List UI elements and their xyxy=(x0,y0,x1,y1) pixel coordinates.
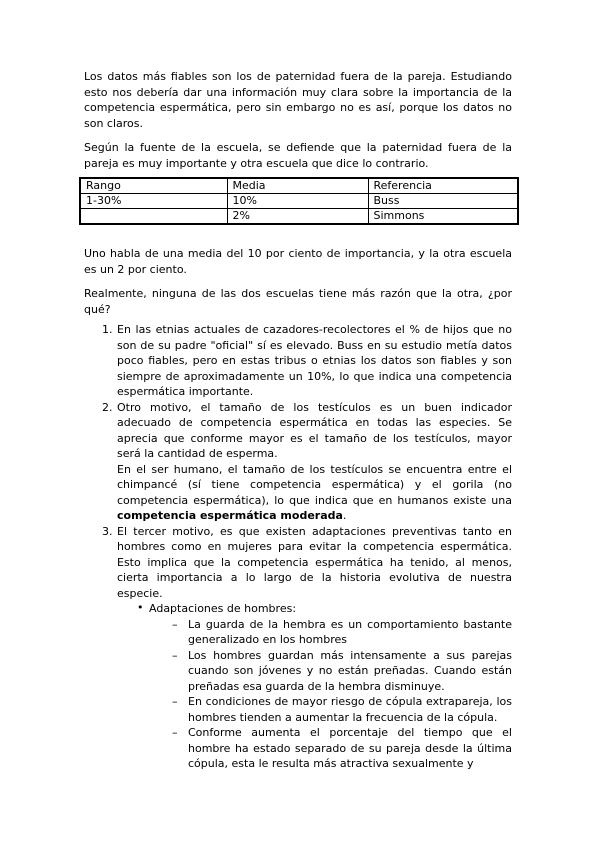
dash-item-1: – La guarda de la hembra es un comportam… xyxy=(84,617,512,648)
table-row: 1-30% 10% Buss xyxy=(80,194,518,209)
dash-icon: – xyxy=(172,694,178,710)
numbered-item-text: Otro motivo, el tamaño de los testículos… xyxy=(117,400,512,524)
numbered-item-text: En las etnias actuales de cazadores-reco… xyxy=(117,322,512,400)
dash-item-text: Los hombres guardan más intensamente a s… xyxy=(188,648,512,695)
table-header-row: Rango Media Referencia xyxy=(80,178,518,194)
table-cell-rango xyxy=(80,209,227,225)
paragraph-datos-fiables: Los datos más fiables son los de paterni… xyxy=(84,69,512,131)
table-cell-media: 2% xyxy=(227,209,368,225)
document-body: Los datos más fiables son los de paterni… xyxy=(84,69,512,772)
table-row: 2% Simmons xyxy=(80,209,518,225)
dash-icon: – xyxy=(172,617,178,633)
bullet-label: Adaptaciones de hombres: xyxy=(149,601,512,617)
table-cell-rango: 1-30% xyxy=(80,194,227,209)
paternity-table: Rango Media Referencia 1-30% 10% Buss 2%… xyxy=(79,177,519,225)
table-cell-media: 10% xyxy=(227,194,368,209)
list-number: 2. xyxy=(102,400,113,416)
table-header-rango: Rango xyxy=(80,178,227,194)
numbered-item-2: 2. Otro motivo, el tamaño de los testícu… xyxy=(84,400,512,524)
item2-paragraph-2: En el ser humano, el tamaño de los testí… xyxy=(117,462,512,524)
paragraph-media: Uno habla de una media del 10 por ciento… xyxy=(84,246,512,277)
list-number: 3. xyxy=(102,524,113,540)
paragraph-escuelas: Según la fuente de la escuela, se defien… xyxy=(84,140,512,171)
item2-paragraph-1: Otro motivo, el tamaño de los testículos… xyxy=(117,400,512,462)
numbered-item-3: 3. El tercer motivo, es que existen adap… xyxy=(84,524,512,602)
numbered-item-text: El tercer motivo, es que existen adaptac… xyxy=(117,524,512,602)
dash-item-4: – Conforme aumenta el porcentaje del tie… xyxy=(84,725,512,772)
dash-item-text: En condiciones de mayor riesgo de cópula… xyxy=(188,694,512,725)
bullet-icon: • xyxy=(137,600,144,616)
dash-item-text: La guarda de la hembra es un comportamie… xyxy=(188,617,512,648)
dash-item-text: Conforme aumenta el porcentaje del tiemp… xyxy=(188,725,512,772)
table-header-media: Media xyxy=(227,178,368,194)
dash-icon: – xyxy=(172,725,178,741)
document-page: Los datos más fiables son los de paterni… xyxy=(0,0,599,848)
dash-item-2: – Los hombres guardan más intensamente a… xyxy=(84,648,512,695)
dash-icon: – xyxy=(172,648,178,664)
table-cell-referencia: Buss xyxy=(368,194,518,209)
table-header-referencia: Referencia xyxy=(368,178,518,194)
list-number: 1. xyxy=(102,322,113,338)
item2-text-before-bold: En el ser humano, el tamaño de los testí… xyxy=(117,463,512,507)
dash-item-3: – En condiciones de mayor riesgo de cópu… xyxy=(84,694,512,725)
paragraph-realmente: Realmente, ninguna de las dos escuelas t… xyxy=(84,286,512,317)
item2-text-after-bold: . xyxy=(343,509,347,522)
bullet-item-adaptaciones: • Adaptaciones de hombres: xyxy=(84,601,512,617)
numbered-item-1: 1. En las etnias actuales de cazadores-r… xyxy=(84,322,512,400)
table-cell-referencia: Simmons xyxy=(368,209,518,225)
bold-phrase: competencia espermática moderada xyxy=(117,509,343,522)
